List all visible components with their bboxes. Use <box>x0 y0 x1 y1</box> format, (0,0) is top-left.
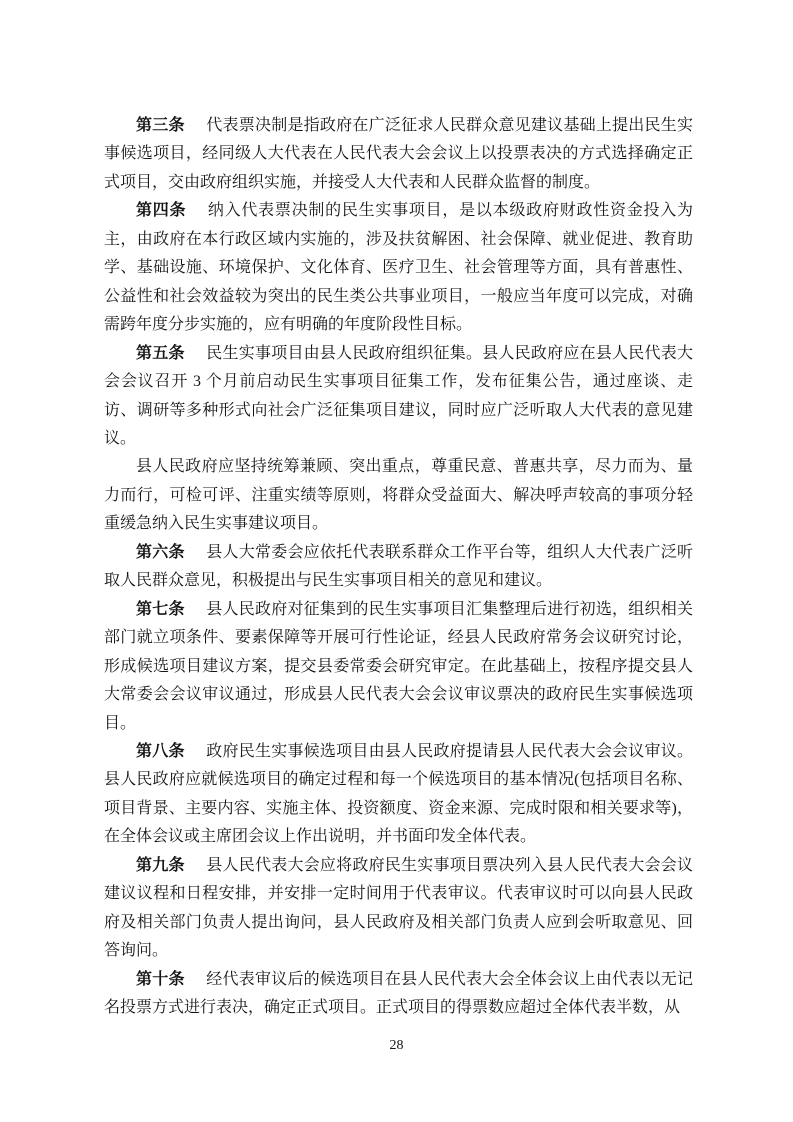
article-text: 政府民生实事候选项目由县人民政府提请县人民代表大会会议审议。县人民政府应就候选项… <box>104 743 693 845</box>
article-number: 第七条 <box>136 601 185 618</box>
article-paragraph: 第三条代表票决制是指政府在广泛征求人民群众意见建议基础上提出民生实事候选项目，经… <box>104 112 693 197</box>
article-number: 第八条 <box>136 743 185 760</box>
article-paragraph: 第五条民生实事项目由县人民政府组织征集。县人民政府应在县人民代表大会会议召开 3… <box>104 340 693 454</box>
article-text: 经代表审议后的候选项目在县人民代表大会全体会议上由代表以无记名投票方式进行表决，… <box>104 971 693 1016</box>
article-paragraph: 第十条经代表审议后的候选项目在县人民代表大会全体会议上由代表以无记名投票方式进行… <box>104 966 693 1023</box>
article-text: 民生实事项目由县人民政府组织征集。县人民政府应在县人民代表大会会议召开 3 个月… <box>104 345 693 447</box>
document-body: 第三条代表票决制是指政府在广泛征求人民群众意见建议基础上提出民生实事候选项目，经… <box>104 112 693 1023</box>
article-paragraph: 第八条政府民生实事候选项目由县人民政府提请县人民代表大会会议审议。县人民政府应就… <box>104 738 693 852</box>
article-number: 第三条 <box>136 117 185 134</box>
article-paragraph: 第六条县人大常委会应依托代表联系群众工作平台等，组织人大代表广泛听取人民群众意见… <box>104 539 693 596</box>
article-text: 县人大常委会应依托代表联系群众工作平台等，组织人大代表广泛听取人民群众意见，积极… <box>104 544 693 589</box>
article-text: 代表票决制是指政府在广泛征求人民群众意见建议基础上提出民生实事候选项目，经同级人… <box>104 117 693 191</box>
article-number: 第五条 <box>136 345 185 362</box>
article-paragraph: 第九条县人民代表大会应将政府民生实事项目票决列入县人民代表大会会议建议议程和日程… <box>104 852 693 966</box>
article-number: 第六条 <box>136 544 185 561</box>
article-text: 纳入代表票决制的民生实事项目，是以本级政府财政性资金投入为主，由政府在本行政区域… <box>104 202 693 333</box>
page-number: 28 <box>0 1038 793 1054</box>
article-text: 县人民代表大会应将政府民生实事项目票决列入县人民代表大会会议建议议程和日程安排，… <box>104 857 693 959</box>
article-paragraph: 县人民政府应坚持统筹兼顾、突出重点，尊重民意、普惠共享，尽力而为、量力而行，可检… <box>104 453 693 538</box>
article-paragraph: 第七条县人民政府对征集到的民生实事项目汇集整理后进行初选，组织相关部门就立项条件… <box>104 596 693 738</box>
article-number: 第九条 <box>136 857 185 874</box>
document-page: 第三条代表票决制是指政府在广泛征求人民群众意见建议基础上提出民生实事候选项目，经… <box>0 0 793 1122</box>
article-paragraph: 第四条纳入代表票决制的民生实事项目，是以本级政府财政性资金投入为主，由政府在本行… <box>104 197 693 339</box>
article-number: 第四条 <box>136 202 186 219</box>
article-text: 县人民政府对征集到的民生实事项目汇集整理后进行初选，组织相关部门就立项条件、要素… <box>104 601 693 732</box>
article-number: 第十条 <box>136 971 185 988</box>
article-text: 县人民政府应坚持统筹兼顾、突出重点，尊重民意、普惠共享，尽力而为、量力而行，可检… <box>104 458 693 532</box>
